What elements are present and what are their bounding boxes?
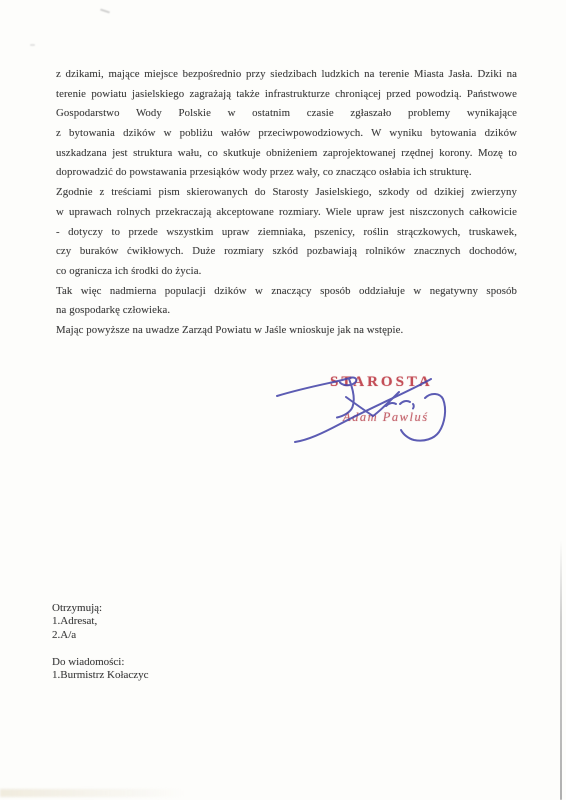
text-line: na gospodarkę człowieka.: [56, 301, 517, 321]
recipients-section: Otrzymują: 1.Adresat, 2.A/a: [52, 602, 102, 642]
handwritten-signature-ink: [270, 368, 470, 453]
recipients-heading: Otrzymują:: [52, 602, 102, 615]
text-line: Tak więc nadmierna populacji dzików w zn…: [56, 282, 517, 302]
scanned-letter-page: z dzikami, mające miejsce bezpośrednio p…: [0, 0, 566, 800]
text-line: terenie powiatu jasielskiego zagrażają t…: [56, 85, 517, 105]
text-line: co ogranicza ich środki do życia.: [56, 262, 517, 282]
scan-artifact-top-tick: [100, 9, 110, 14]
text-line: Zgodnie z treściami pism skierowanych do…: [56, 183, 517, 203]
cc-section: Do wiadomości: 1.Burmistrz Kołaczyc: [52, 656, 149, 683]
text-line: doprowadzić do powstawania przesiąków wo…: [56, 163, 517, 183]
scan-artifact-top-speck: [30, 44, 35, 46]
recipient-item: 2.A/a: [52, 629, 102, 642]
cc-item: 1.Burmistrz Kołaczyc: [52, 669, 149, 682]
text-line: uszkadzana jest struktura wału, co skutk…: [56, 144, 517, 164]
cc-heading: Do wiadomości:: [52, 656, 149, 669]
letter-body: z dzikami, mające miejsce bezpośrednio p…: [56, 65, 517, 341]
text-line: z dzikami, mające miejsce bezpośrednio p…: [56, 65, 517, 85]
scan-artifact-right-edge-line: [560, 540, 562, 800]
text-line: z bytowania dzików w pobliżu wałów przec…: [56, 124, 517, 144]
text-line: w uprawach rolnych przekraczają akceptow…: [56, 203, 517, 223]
text-line: Gospodarstwo Wody Polskie w ostatnim cza…: [56, 104, 517, 124]
text-line: czy buraków ćwikłowych. Duże rozmiary sz…: [56, 242, 517, 262]
scan-artifact-bottom-smudge: [0, 789, 185, 797]
text-line: Mając powyższe na uwadze Zarząd Powiatu …: [56, 321, 517, 341]
recipient-item: 1.Adresat,: [52, 615, 102, 628]
text-line: - dotyczy to przede wszystkim upraw ziem…: [56, 223, 517, 243]
